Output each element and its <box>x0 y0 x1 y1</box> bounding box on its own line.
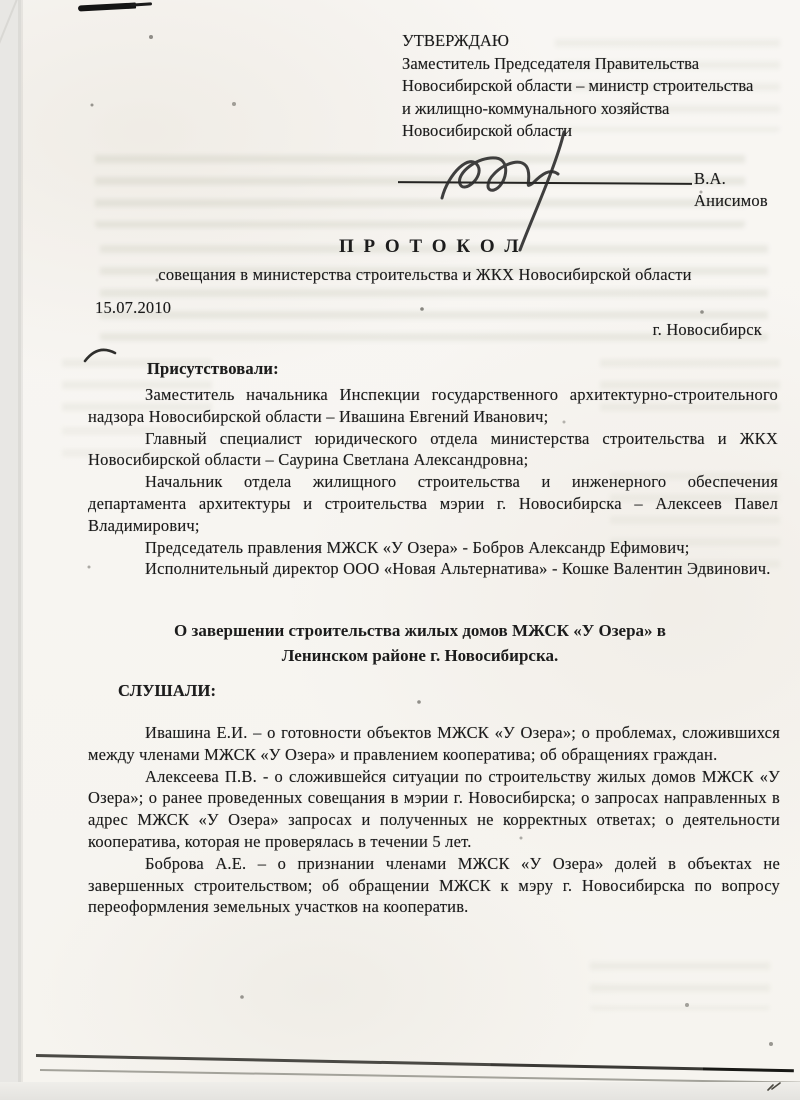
handwritten-signature <box>412 126 642 254</box>
subject-line-2: Ленинском районе г. Новосибирска. <box>120 643 720 668</box>
document-date: 15.07.2010 <box>95 297 171 319</box>
speech-item: Боброва А.Е. – о признании членами МЖСК … <box>88 853 780 918</box>
document-city: г. Новосибирск <box>400 319 762 341</box>
attendee-item: Исполнительный директор ООО «Новая Альте… <box>88 558 778 580</box>
scanner-edge-left <box>0 0 24 1100</box>
bleed-through-text <box>590 955 770 1010</box>
dust-specks <box>0 0 2 2</box>
attendee-item: Начальник отдела жилищного строительства… <box>88 471 778 536</box>
subject-heading: О завершении строительства жилых домов М… <box>120 618 720 668</box>
approval-line: Новосибирской области – министр строител… <box>402 75 794 98</box>
attendee-item: Заместитель начальника Инспекции государ… <box>88 384 778 428</box>
approval-label: УТВЕРЖДАЮ <box>402 30 794 53</box>
pen-tick-mark <box>766 1082 782 1092</box>
approval-line: и жилищно-коммунального хозяйства <box>402 98 794 121</box>
attendees-list: Заместитель начальника Инспекции государ… <box>88 384 778 580</box>
attendee-item: Председатель правления МЖСК «У Озера» - … <box>88 537 778 559</box>
approval-line: Заместитель Председателя Правительства <box>402 53 794 76</box>
subject-line-1: О завершении строительства жилых домов М… <box>120 618 720 643</box>
scanner-edge-bottom <box>0 1082 800 1100</box>
speeches-list: Ивашина Е.И. – о готовности объектов МЖС… <box>88 722 780 918</box>
heard-label: СЛУШАЛИ: <box>90 680 780 702</box>
pen-arc-mark <box>82 342 122 366</box>
attendee-item: Главный специалист юридического отдела м… <box>88 428 778 472</box>
scanned-document-page: УТВЕРЖДАЮ Заместитель Председателя Прави… <box>0 0 800 1100</box>
ink-streak-mark <box>78 2 136 11</box>
page-edge-line <box>36 1054 794 1072</box>
document-subtitle: совещания в министерства строительства и… <box>70 264 780 286</box>
ink-streak-tail <box>130 2 152 6</box>
speech-item: Алексеева П.В. - о сложившейся ситуации … <box>88 766 780 853</box>
speech-item: Ивашина Е.И. – о готовности объектов МЖС… <box>88 722 780 766</box>
signer-name: В.А. Анисимов <box>694 168 794 212</box>
present-label: Присутствовали: <box>90 358 780 380</box>
